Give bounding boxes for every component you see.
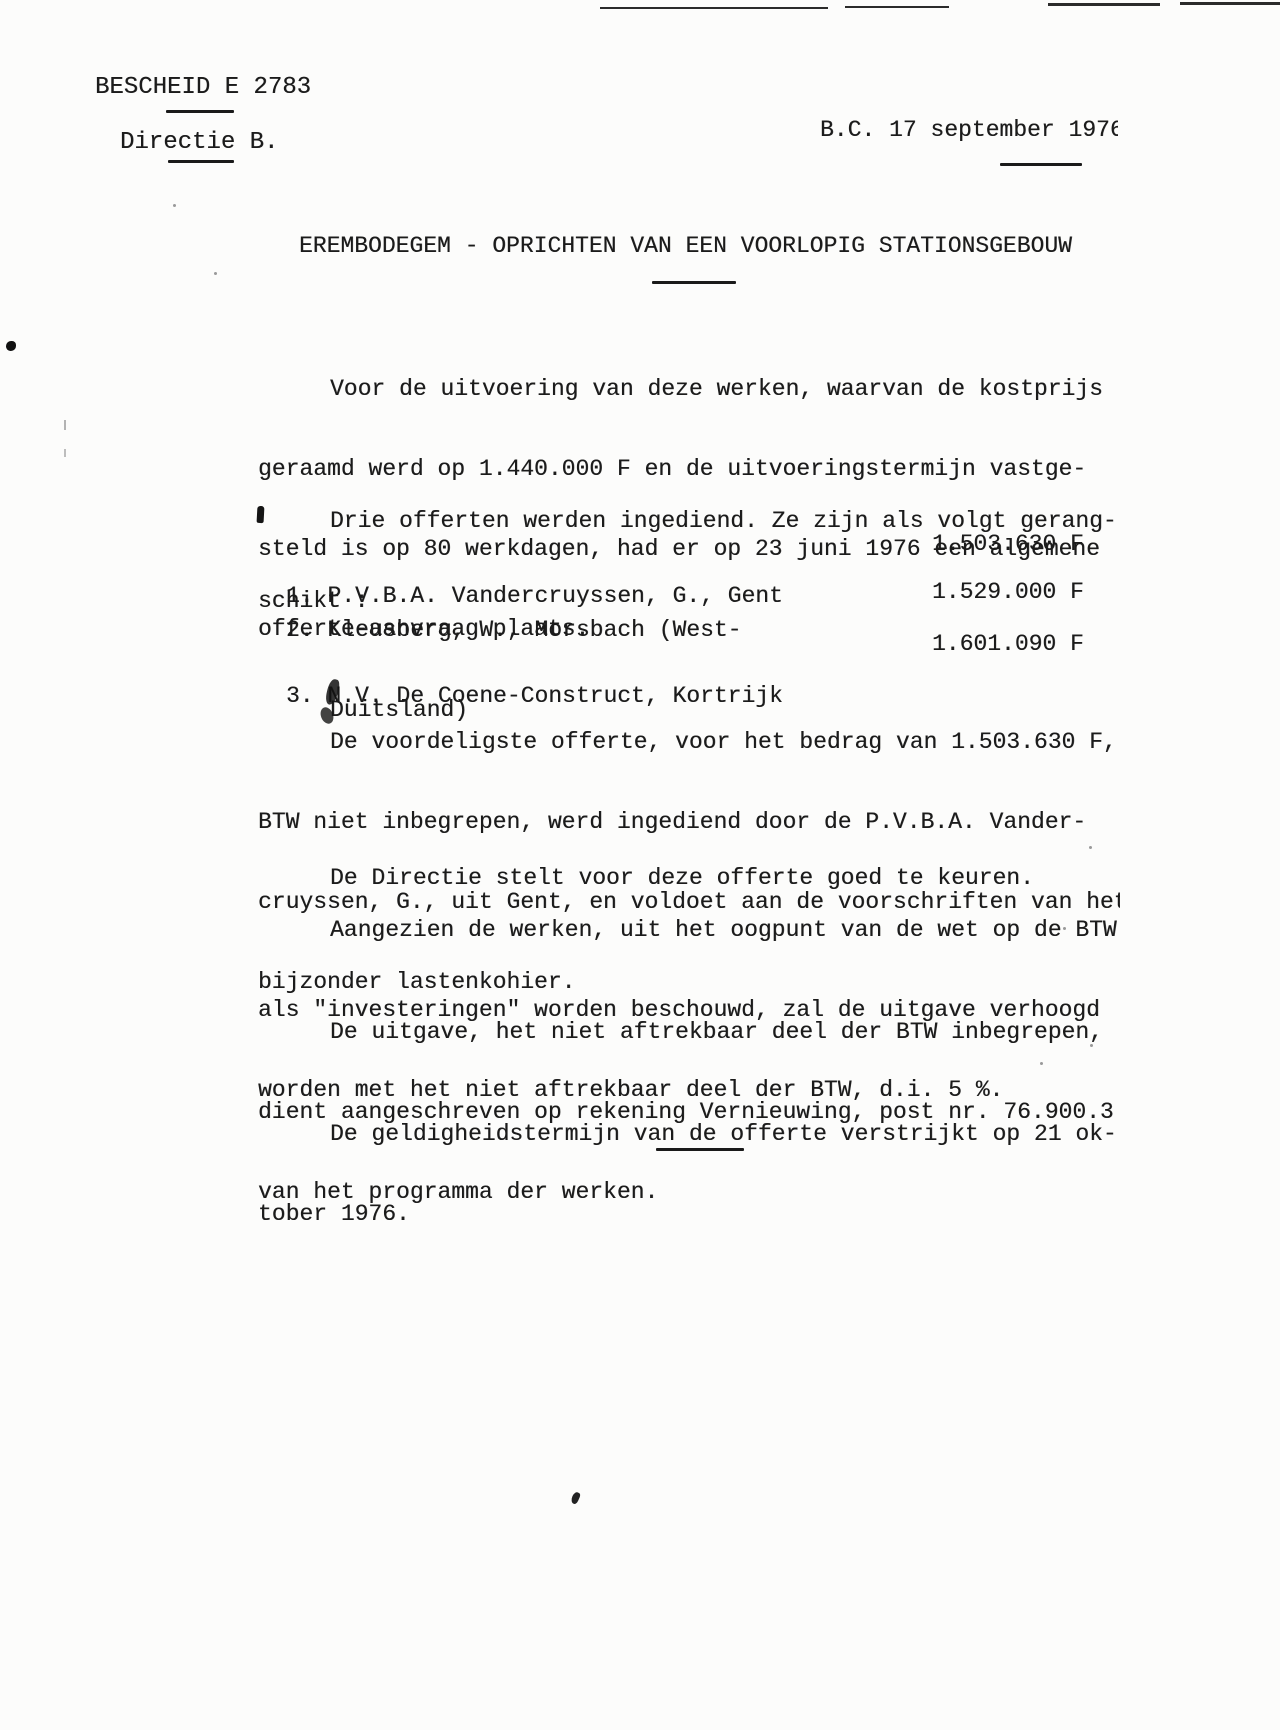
ink-mark [257, 506, 265, 523]
document-reference: BESCHEID E 2783 [95, 74, 311, 101]
text-line: De geldigheidstermijn van de offerte ver… [258, 1120, 1138, 1148]
scan-speck [1090, 1044, 1093, 1047]
text-line: De voordeligste offerte, voor het bedrag… [258, 728, 1120, 756]
directorate-underline [168, 160, 234, 163]
text-line: Voor de uitvoering van deze werken, waar… [258, 375, 1138, 403]
scan-speck [1063, 927, 1066, 930]
scan-speck [173, 204, 176, 207]
document-page: BESCHEID E 2783 Directie B. B.C. 17 sept… [0, 0, 1280, 1730]
text-line: De uitgave, het niet aftrekbaar deel der… [258, 1018, 1138, 1046]
margin-dot [6, 341, 16, 351]
text-line: tober 1976. [258, 1200, 1138, 1228]
scan-speck [214, 272, 217, 275]
document-title: EREMBODEGEM - OPRICHTEN VAN EEN VOORLOPI… [299, 233, 1072, 259]
directorate-label: Directie B. [120, 129, 278, 156]
scan-edge-dash [1048, 3, 1160, 6]
offer-amount: 1.529.000 F [932, 578, 1084, 606]
date-line: B.C. 17 september 1976 [820, 117, 1118, 143]
text-line: Aangezien de werken, uit het oogpunt van… [258, 916, 1138, 944]
offer-amount: 1.601.090 F [932, 630, 1084, 658]
scan-edge-dash [845, 6, 949, 8]
closing-rule [656, 1148, 744, 1151]
scan-speck [1040, 1062, 1043, 1065]
date-underline [1000, 163, 1082, 166]
scan-edge-dash [1180, 2, 1280, 5]
paragraph-validity: De geldigheidstermijn van de offerte ver… [258, 1068, 1138, 1280]
title-underline [652, 281, 736, 284]
scan-speck [64, 449, 66, 457]
ink-mark [570, 1491, 581, 1505]
offer-amount: 1.503.630 F [932, 530, 1084, 558]
date-clip: B.C. 17 september 1976 [820, 117, 1118, 143]
scan-speck [1089, 846, 1092, 849]
scan-edge-dash [600, 7, 828, 9]
reference-underline [166, 110, 234, 113]
scan-speck [64, 420, 66, 430]
